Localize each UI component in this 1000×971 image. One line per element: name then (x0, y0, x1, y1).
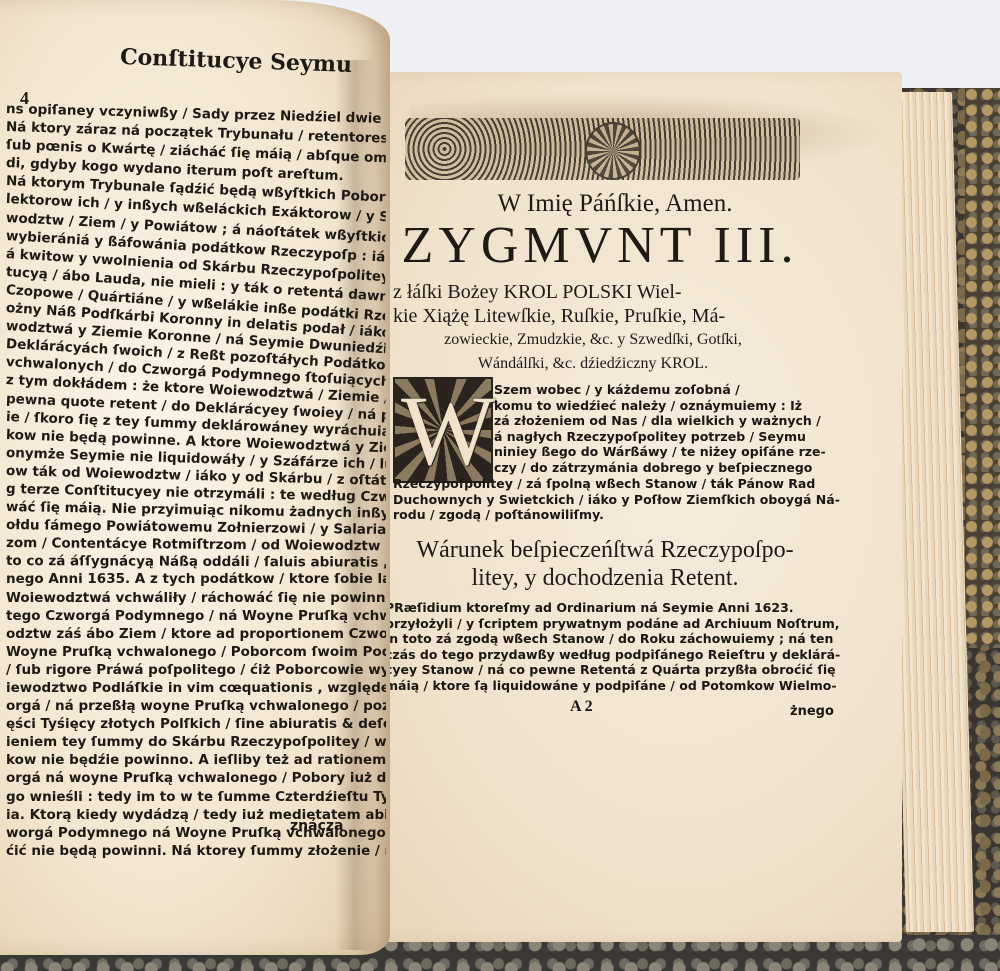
text-line: Woyne Pruſką vchwalonego / Poborcom ſwoi… (6, 643, 386, 661)
text-line: niniey ßego do Wárßáwy / te niżey opiſán… (494, 444, 814, 460)
title-line: z łáſki Bożey KROL POLSKI Wiel- (393, 280, 793, 304)
catchword-left: znácza (290, 818, 343, 834)
text-line: go wnieśli : tedy im to w te ſumme Czter… (6, 788, 386, 806)
text-line: ieniem tey ſummy do Skárbu Rzeczypoſpoli… (6, 733, 386, 751)
text-line: tego Czworgá Podymnego / ná Woyne Pruſką… (6, 607, 386, 625)
text-line: Duchownych y Swietckich / iáko y Poſłow … (393, 492, 813, 508)
text-line: odztw záś ábo Ziem / ktore ad proportion… (6, 625, 386, 643)
text-line: rodu / zgodą / poſtánowiliſmy. (393, 507, 813, 523)
invocation-line: W Imię Páńſkie, Amen. (450, 190, 780, 218)
opening-text-full: Rzeczypoſpolitey / zá ſpolną wßech Stano… (393, 476, 813, 523)
section-heading: Wárunek beſpieczeńſtwá Rzeczypoſpo- lite… (395, 536, 815, 592)
drop-cap-letter: W (401, 373, 495, 488)
text-line: nego Anni 1635. A z tych podátkow / ktor… (6, 570, 386, 588)
catchword-right: żnego (790, 704, 834, 719)
king-name-title: ZYGMVNT III. (400, 216, 800, 276)
book-photo: W Imię Páńſkie, Amen. ZYGMVNT III. z łáſ… (0, 0, 1000, 971)
text-line: á nagłych Rzeczypoſpolitey potrzeb / Sey… (494, 429, 814, 445)
text-line: orgá ná woyne Pruſką vchwalonego / Pobor… (6, 769, 386, 787)
text-line: PRæſidium ktoreſmy ad Ordinarium ná Seym… (385, 600, 825, 616)
text-line: Rzeczypoſpolitey / zá ſpolną wßech Stano… (393, 476, 813, 492)
text-line: ćić nie będą powinni. Ná ktorey ſummy zł… (6, 842, 386, 860)
text-line: czás do tego przydawßy według podpiſáneg… (385, 647, 825, 663)
text-line: máią / ktore ſą liquidowáne y podpiſáne … (385, 678, 825, 694)
book-cover-edge (965, 88, 1000, 648)
text-line: zá złożeniem od Nas / dla wielkich y waż… (494, 413, 814, 429)
royal-titles: z łáſki Bożey KROL POLSKI Wiel- kie Xiąż… (393, 280, 793, 376)
left-page-text: ns opiſaney vczyniwßy / Sady przez Niedź… (6, 100, 386, 860)
title-line: zowieckie, Zmudzkie, &c. y Szwedſki, Got… (393, 328, 793, 352)
text-line: / ſub rigore Práwá poſpolitego / ćiż Pob… (6, 661, 386, 679)
text-line: czy / do zátrzymánia dobrego y beſpieczn… (494, 460, 814, 476)
text-line: cyey Stanow / ná co pewne Retentá z Quár… (385, 662, 825, 678)
text-line: Woiewodztwá vchwáliły / ráchowáć ſię nie… (6, 589, 386, 607)
heading-line: litey, y dochodzenia Retent. (395, 564, 815, 592)
text-line: ęści Tyśięcy złotych Polſkich / ſine abi… (6, 715, 386, 733)
signature-mark: A 2 (570, 698, 593, 716)
woodcut-headpiece-ornament (405, 118, 800, 180)
text-line: orgá / ná przeßłą woyne Pruſką vchwalone… (6, 697, 386, 715)
title-line: kie Xiążę Litewſkie, Ruſkie, Pruſkie, Má… (393, 304, 793, 328)
paragraph-praesidium: PRæſidium ktoreſmy ad Ordinarium ná Seym… (385, 600, 825, 693)
ornamental-drop-cap: W (393, 377, 493, 483)
text-line: iewodztwo Podláſkie in vim cœquationis ,… (6, 679, 386, 697)
opening-text-beside-cap: Szem wobec / y káżdemu zoſobná / komu to… (494, 382, 814, 475)
text-line: komu to wiedźieć należy / oznáymuiemy : … (494, 398, 814, 414)
text-line: przyłożyli / y ſcriptem prywatnym podáne… (385, 616, 825, 632)
heading-line: Wárunek beſpieczeńſtwá Rzeczypoſpo- (395, 536, 815, 564)
text-line: kow nie będźie powinno. A ieſliby też ad… (6, 751, 386, 769)
coat-of-arms-medallion (585, 122, 641, 180)
text-line: Szem wobec / y káżdemu zoſobná / (494, 382, 814, 398)
text-line: in toto zá zgodą wßech Stanow / do Roku … (385, 631, 825, 647)
text-line: to co zá áſſygnácyą Náßą oddáli / ſaluis… (6, 552, 386, 572)
